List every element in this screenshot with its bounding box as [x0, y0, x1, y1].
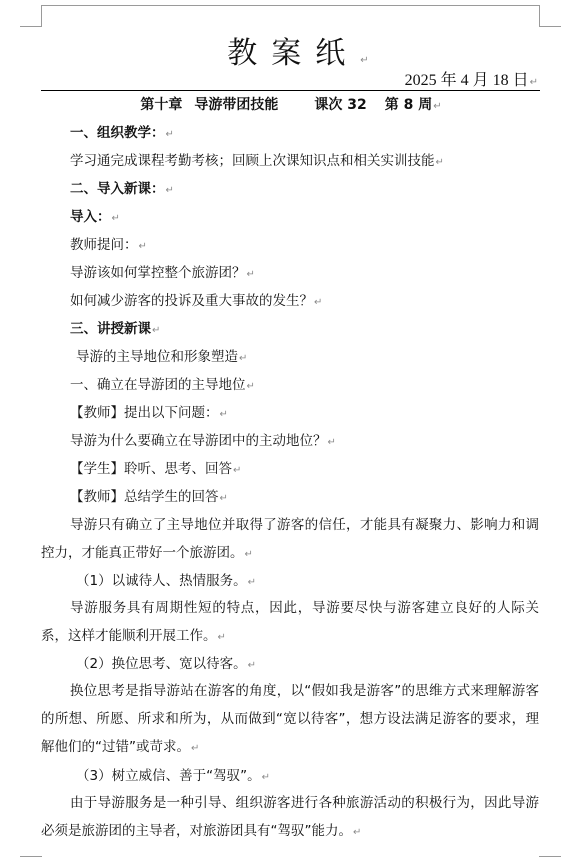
paragraph-mark-icon: ↵: [353, 827, 361, 838]
paragraph-mark-icon: ↵: [166, 185, 174, 196]
question-1: 导游该如何掌控整个旅游团？↵: [70, 264, 255, 284]
subsection-heading-1: 一、确立在导游团的主导地位↵: [70, 376, 255, 396]
paragraph-empathy: 换位思考是指导游站在游客的角度，以“假如我是游客”的思维方式来理解游客的所想、所…: [41, 677, 539, 763]
crop-mark-top-left-vertical: [41, 5, 42, 26]
lesson-number: 课次 32: [314, 97, 366, 113]
paragraph-text: 导游服务具有周期性短的特点，因此，导游要尽快与游客建立良好的人际关系，这样才能顺…: [41, 600, 539, 644]
section-text: 【教师】提出以下问题：: [70, 405, 219, 421]
paragraph-mark-icon: ↵: [220, 409, 228, 420]
paragraph-mark-icon: ↵: [239, 353, 247, 364]
section-heading-introduce: 二、导入新课：↵: [70, 180, 174, 200]
crop-mark-bottom-right: [539, 856, 561, 857]
lesson-topic: 导游的主导地位和形象塑造↵: [76, 348, 247, 368]
paragraph-mark-icon: ↵: [247, 381, 255, 392]
section-text: 导游的主导地位和形象塑造: [76, 349, 238, 365]
paragraph-mark-icon: ↵: [112, 213, 120, 224]
section-text: 一、确立在导游团的主导地位: [70, 377, 246, 393]
section-text: 学习通完成课程考勤考核；回顾上次课知识点和相关实训技能: [70, 153, 435, 169]
paragraph-text: 换位思考是指导游站在游客的角度，以“假如我是游客”的思维方式来理解游客的所想、所…: [41, 683, 539, 755]
teacher-question-label: 教师提问：↵: [70, 236, 147, 256]
crop-mark-bottom-left: [20, 856, 42, 857]
paragraph-relationship: 导游服务具有周期性短的特点，因此，导游要尽快与游客建立良好的人际关系，这样才能顺…: [41, 594, 539, 652]
paragraph-mark-icon: ↵: [218, 632, 226, 643]
section-text: 二、导入新课：: [70, 181, 165, 197]
list-item-text: （2）换位思考、宽以待客。: [76, 656, 247, 672]
lesson-date: 2025 年 4 月 18 日: [405, 72, 529, 89]
paragraph-mark-icon: ↵: [166, 129, 174, 140]
paragraph-authority: 由于导游服务是一种引导、组织游客进行各种旅游活动的积极行为，因此导游必须是旅游团…: [41, 789, 539, 847]
section-text: 导游为什么要确立在导游团中的主动地位？: [70, 433, 327, 449]
section-body-organize: 学习通完成课程考勤考核；回顾上次课知识点和相关实训技能↵: [70, 152, 444, 172]
paragraph-mark-icon: ↵: [247, 269, 255, 280]
section-text: 三、讲授新课: [70, 321, 151, 337]
crop-mark-top-right-horizontal: [539, 26, 561, 27]
section-text: 教师提问：: [70, 237, 138, 253]
crop-mark-top-left-horizontal: [20, 26, 42, 27]
paragraph-mark-icon: ↵: [191, 743, 199, 754]
list-item-3: （3）树立威信、善于“驾驭”。↵: [76, 767, 270, 787]
crop-mark-top-right-vertical: [539, 5, 540, 26]
discussion-question: 导游为什么要确立在导游团中的主动地位？↵: [70, 432, 336, 452]
paragraph-mark-icon: ↵: [262, 772, 270, 783]
section-text: 如何减少游客的投诉及重大事故的发生？: [70, 293, 313, 309]
paragraph-mark-icon: ↵: [530, 77, 538, 88]
section-text: 一、组织教学：: [70, 125, 165, 141]
paragraph-leadership: 导游只有确立了主导地位并取得了游客的信任，才能具有凝聚力、影响力和调控力，才能真…: [41, 511, 539, 569]
chapter-number: 第十章: [140, 97, 182, 113]
week-number: 第 8 周: [385, 97, 433, 113]
paragraph-mark-icon: ↵: [248, 660, 256, 671]
page-title: 教案纸↵: [0, 28, 582, 72]
student-activity: 【学生】聆听、思考、回答↵: [70, 460, 241, 480]
chapter-title: 导游带团技能: [194, 97, 278, 113]
paragraph-text: 导游只有确立了主导地位并取得了游客的信任，才能具有凝聚力、影响力和调控力，才能真…: [41, 517, 539, 561]
paragraph-mark-icon: ↵: [433, 101, 441, 112]
paragraph-mark-icon: ↵: [360, 55, 368, 66]
paragraph-mark-icon: ↵: [314, 297, 322, 308]
paragraph-mark-icon: ↵: [139, 241, 147, 252]
page-title-text: 教案纸: [213, 36, 359, 71]
teacher-summary: 【教师】总结学生的回答↵: [70, 488, 228, 508]
paragraph-mark-icon: ↵: [152, 325, 160, 336]
paragraph-mark-icon: ↵: [248, 577, 256, 588]
list-item-2: （2）换位思考、宽以待客。↵: [76, 655, 256, 675]
teacher-prompt: 【教师】提出以下问题：↵: [70, 404, 228, 424]
section-heading-new-lesson: 三、讲授新课↵: [70, 320, 160, 340]
section-text: 【学生】聆听、思考、回答: [70, 461, 232, 477]
paragraph-mark-icon: ↵: [328, 437, 336, 448]
section-heading-organize: 一、组织教学：↵: [70, 124, 174, 144]
date-line: 2025 年 4 月 18 日↵: [405, 67, 538, 90]
list-item-text: （1）以诚待人、热情服务。: [76, 573, 247, 589]
question-2: 如何减少游客的投诉及重大事故的发生？↵: [70, 292, 322, 312]
chapter-heading: 第十章导游带团技能课次 32第 8 周↵: [0, 96, 582, 116]
crop-mark-top-line: [41, 5, 540, 6]
intro-label: 导入：↵: [70, 208, 120, 228]
section-text: 【教师】总结学生的回答: [70, 489, 219, 505]
paragraph-mark-icon: ↵: [233, 465, 241, 476]
paragraph-mark-icon: ↵: [245, 549, 253, 560]
paragraph-text: 由于导游服务是一种引导、组织游客进行各种旅游活动的积极行为，因此导游必须是旅游团…: [41, 795, 539, 839]
paragraph-mark-icon: ↵: [220, 493, 228, 504]
list-item-1: （1）以诚待人、热情服务。↵: [76, 572, 256, 592]
paragraph-mark-icon: ↵: [436, 157, 444, 168]
header-divider: [41, 90, 540, 91]
section-text: 导入：: [70, 209, 111, 225]
section-text: 导游该如何掌控整个旅游团？: [70, 265, 246, 281]
list-item-text: （3）树立威信、善于“驾驭”。: [76, 768, 261, 784]
